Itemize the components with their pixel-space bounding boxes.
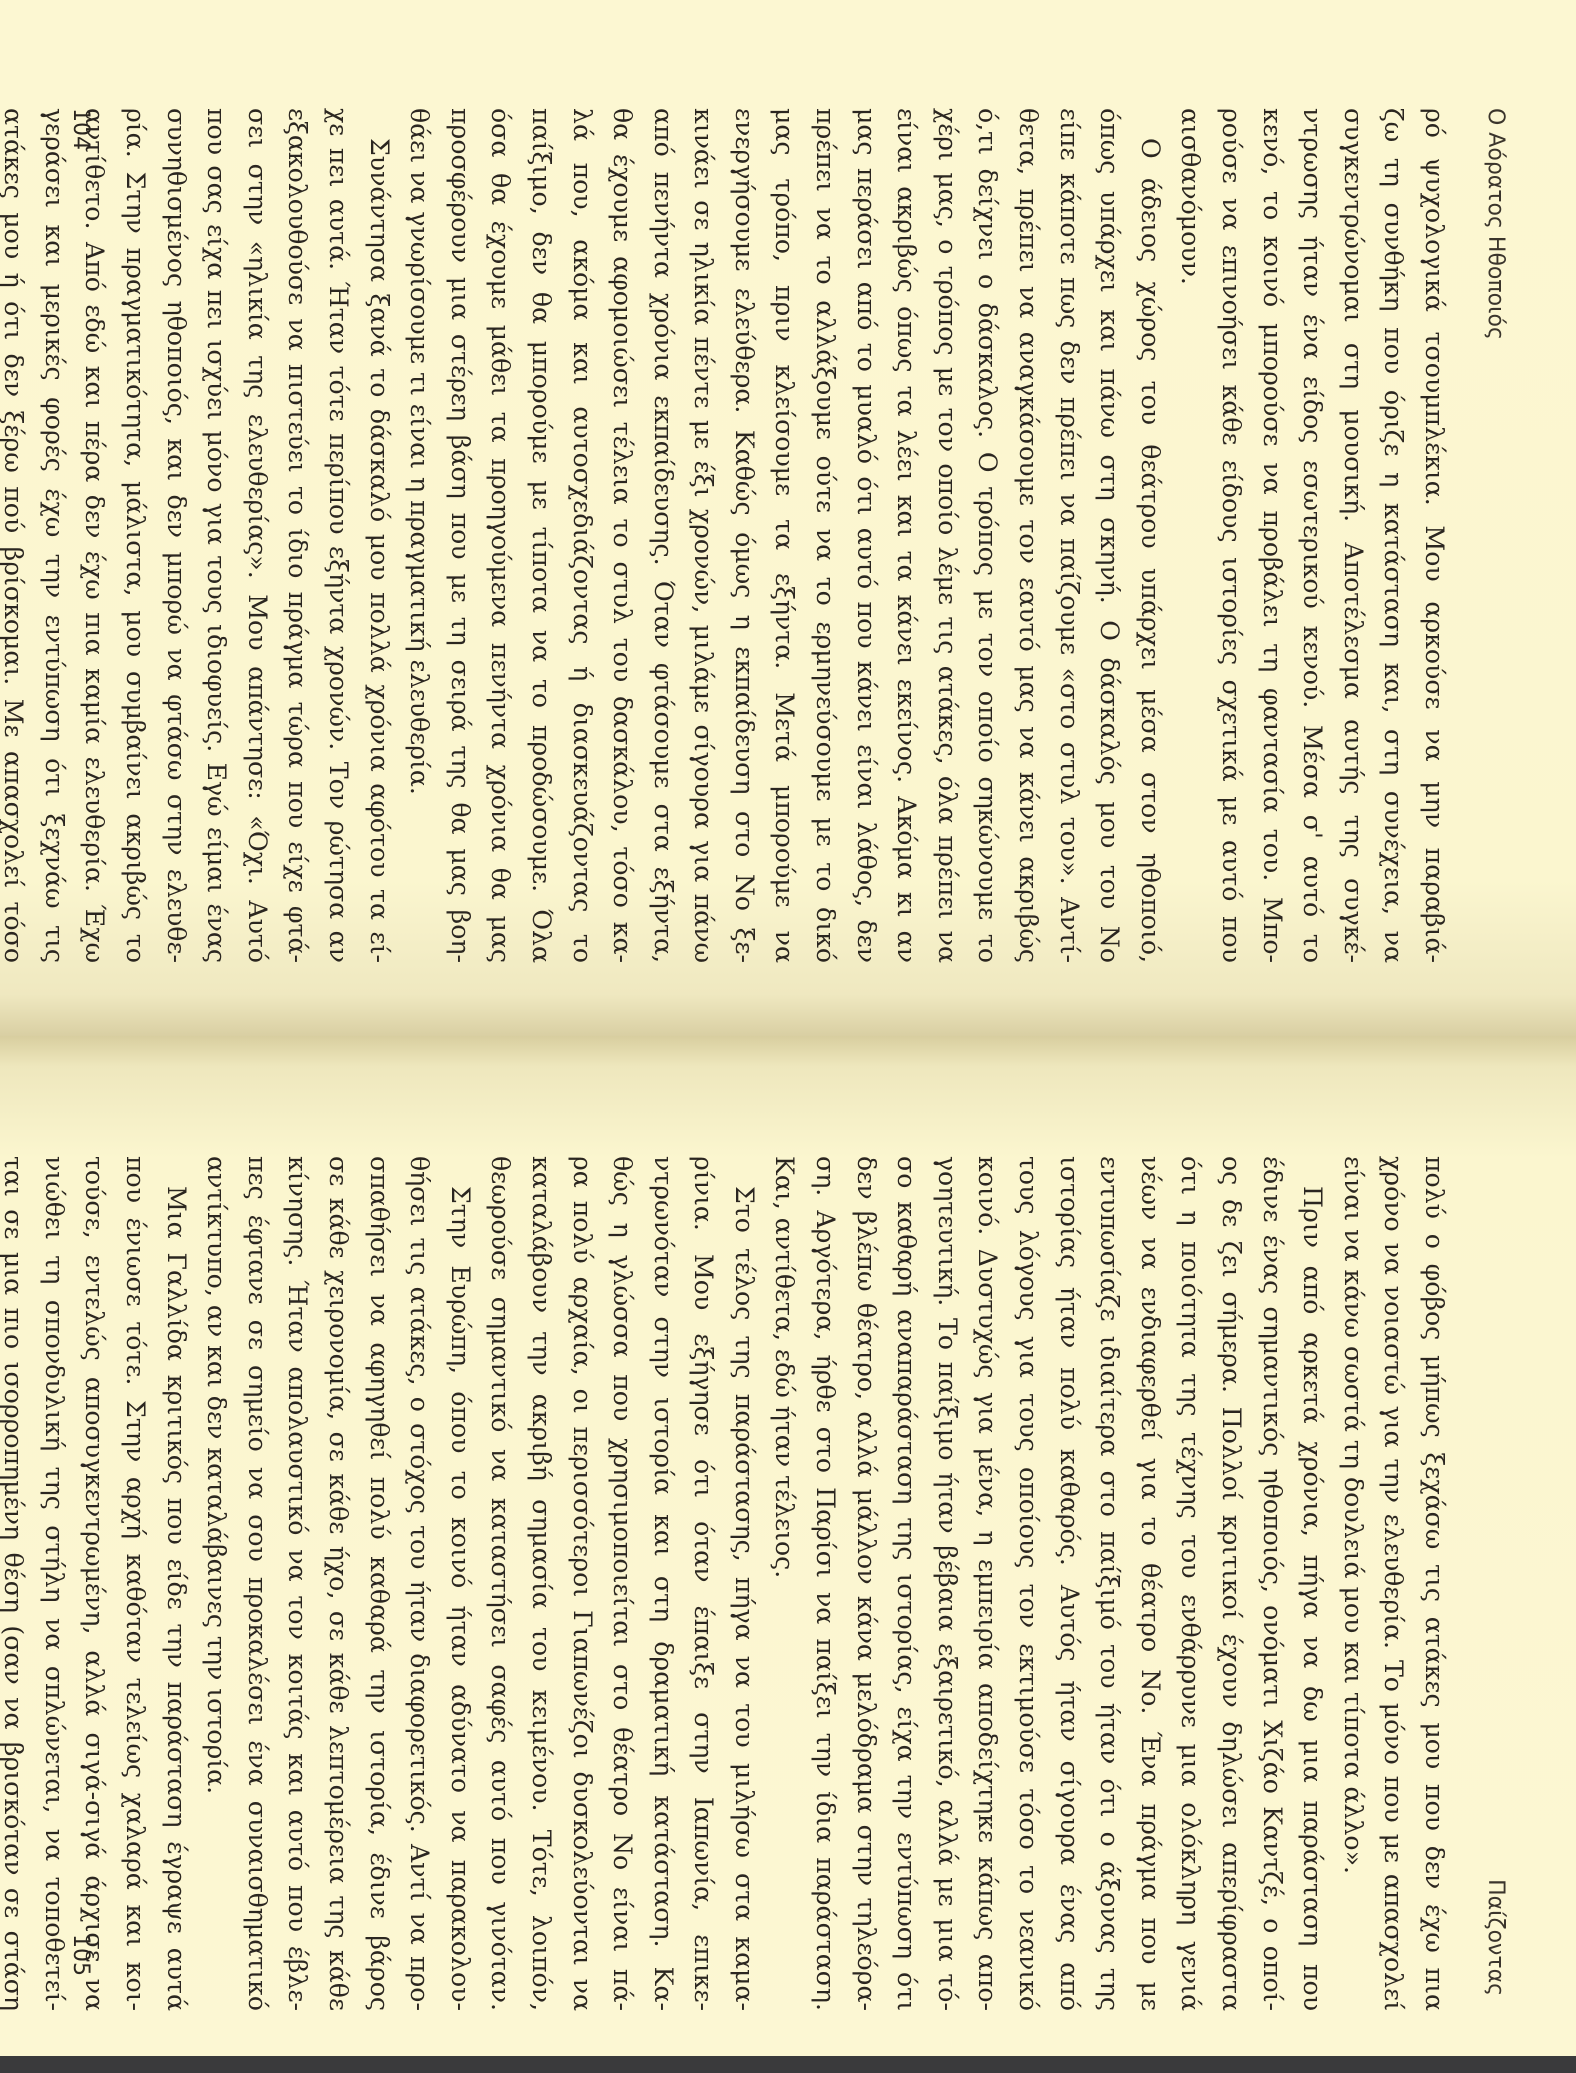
text-line: ρία. Στην πραγματικότητα, μάλιστα, μου σ… [114, 108, 155, 963]
running-head-left: Ο Αόρατος Ηθοποιός [1483, 108, 1508, 340]
text-line: εξακολουθούσε να πιστεύει το ίδιο πράγμα… [277, 108, 318, 963]
text-line: θήσει τις ατάκες, ο στόχος του ήταν διαφ… [399, 1156, 440, 2011]
text-line: Ο άδειος χώρος του θεάτρου υπάρχει μέσα … [1129, 108, 1170, 963]
text-line: αισθανόμουν. [1170, 108, 1211, 963]
text-line: προσφέρουν μια στέρεη βάση που με τη σει… [439, 108, 480, 963]
text-line: γεράσει και μερικές φορές έχω την εντύπω… [33, 108, 74, 963]
text-line: είπε κάποτε πως δεν πρέπει να παίζουμε «… [1048, 108, 1089, 963]
text-line: μας περάσει από το μυαλό ότι αυτό που κά… [845, 108, 886, 963]
text-line: Στο τέλος της παράστασης, πήγα να του μι… [723, 1156, 764, 2011]
text-line: πρέπει να το αλλάξουμε ούτε να το ερμηνε… [805, 108, 846, 963]
text-line: θώς η γλώσσα που χρησιμοποιείται στο θέα… [602, 1156, 643, 2011]
text-line: ση. Αργότερα, ήρθε στο Παρίσι να παίξει … [805, 1156, 846, 2011]
text-line: ντρωνόταν στην ιστορία και στη δραματική… [642, 1156, 683, 2011]
text-line: έδινε ένας σημαντικός ηθοποιός, ονόματι … [1251, 1156, 1292, 2011]
text-line: από πενήντα χρόνια εκπαίδευσης. Όταν φτά… [642, 108, 683, 963]
text-line: θα έχουμε αφομοιώσει τέλεια το στυλ του … [602, 108, 643, 963]
page-number-right: 105 [68, 1934, 93, 1976]
text-line: νέων να ενδιαφερθεί για το θέατρο Νο. Έν… [1129, 1156, 1170, 2011]
text-line: είναι να κάνω σωστά τη δουλειά μου και τ… [1332, 1156, 1373, 2011]
text-line: συγκεντρώνομαι στη μουσική. Αποτέλεσμα α… [1332, 108, 1373, 963]
left-page-body: ρό ψυχολογικά τσουμπλέκια. Μου αρκούσε ν… [0, 108, 1454, 963]
left-page: Ο Αόρατος Ηθοποιός ρό ψυχολογικά τσουμπλ… [0, 0, 1576, 1036]
text-line: ος δε ζει σήμερα. Πολλοί κριτικοί έχουν … [1210, 1156, 1251, 2011]
text-line: που σας είχα πει ισχύει μόνο για τους ιδ… [196, 108, 237, 963]
text-line: σει στην «ηλικία της ελευθερίας». Μου απ… [236, 108, 277, 963]
text-line: κινάει σε ηλικία πέντε με έξι χρονών, μι… [683, 108, 724, 963]
text-line: όσα θα έχουμε μάθει τα προηγούμενα πενήν… [480, 108, 521, 963]
text-line: θεωρούσε σημαντικό να καταστήσει σαφές α… [480, 1156, 521, 2011]
text-line: θάει να γνωρίσουμε τι είναι η πραγματική… [399, 108, 440, 963]
text-line: ρούσε να επινοήσει κάθε είδους ιστορίες … [1210, 108, 1251, 963]
text-line: ται σε μια πιο ισορροπημένη θέση (σαν να… [0, 1156, 33, 2011]
text-line: εντυπωσίαζε ιδιαίτερα στο παίξιμό του ήτ… [1089, 1156, 1130, 2011]
text-line: συνηθισμένος ηθοποιός, και δεν μπορώ να … [155, 108, 196, 963]
text-line: ό,τι δείχνει ο δάσκαλος. Ο τρόπος με τον… [967, 108, 1008, 963]
text-line: που ένιωσε τότε. Στην αρχή καθόταν τελεί… [114, 1156, 155, 2011]
text-line: ζω τη συνθήκη που όριζε η κατάσταση και,… [1373, 108, 1414, 963]
text-line: χε πει αυτά. Ήταν τότε περίπου εξήντα χρ… [317, 108, 358, 963]
scan-background-edge [0, 2056, 1576, 2073]
text-line: κενό, το κοινό μπορούσε να προβάλει τη φ… [1251, 108, 1292, 963]
text-line: καταλάβουν την ακριβή σημασία του κειμέν… [520, 1156, 561, 2011]
text-line: χρόνο να νοιαστώ για την ελευθερία. Το μ… [1373, 1156, 1414, 2011]
book-spread: Ο Αόρατος Ηθοποιός ρό ψυχολογικά τσουμπλ… [0, 0, 1576, 2073]
text-line: Στην Ευρώπη, όπου το κοινό ήταν αδύνατο … [439, 1156, 480, 2011]
text-line: τούσε, εντελώς αποσυγκεντρωμένη, αλλά σι… [74, 1156, 115, 2011]
text-line: Συνάντησα ξανά το δάσκαλό μου πολλά χρόν… [358, 108, 399, 963]
text-line: είναι ακριβώς όπως τα λέει και τα κάνει … [886, 108, 927, 963]
text-line: ότι η ποιότητα της τέχνης του ενθάρρυνε … [1170, 1156, 1211, 2011]
text-line: σε κάθε χειρονομία, σε κάθε ήχο, σε κάθε… [317, 1156, 358, 2011]
right-page: Παίζοντας πολύ ο φόβος μήπως ξεχάσω τις … [0, 1036, 1576, 2056]
text-line: κίνησης. Ήταν απολαυστικό να τον κοιτάς … [277, 1156, 318, 2011]
text-line: σπαθήσει να αφηγηθεί πολύ καθαρά την ιστ… [358, 1156, 399, 2011]
text-line: λά που, ακόμα και αυτοσχεδιάζοντας ή δια… [561, 108, 602, 963]
text-line: παίξιμο, δεν θα μπορούμε με τίποτα να το… [520, 108, 561, 963]
text-line: Και, αντίθετα, εδώ ήταν τέλειος. [764, 1156, 805, 2011]
text-line: ρίνια. Μου εξήγησε ότι όταν έπαιξε στην … [683, 1156, 724, 2011]
text-line: κοινό. Δυστυχώς για μένα, η εμπειρία απο… [967, 1156, 1008, 2011]
running-head-right: Παίζοντας [1483, 1879, 1508, 1996]
text-line: πες έφτανε σε σημείο να σου προκαλέσει έ… [236, 1156, 277, 2011]
text-line: ντρωσης ήταν ένα είδος εσωτερικού κενού.… [1292, 108, 1333, 963]
text-line: μας τρόπο, πριν κλείσουμε τα εξήντα. Μετ… [764, 108, 805, 963]
text-line: ενεργήσουμε ελεύθερα. Καθώς όμως η εκπαί… [723, 108, 764, 963]
text-line: γοητευτική. Το παίξιμο ήταν βέβαια εξαιρ… [926, 1156, 967, 2011]
page-number-left: 104 [68, 108, 93, 150]
text-line: Πριν από αρκετά χρόνια, πήγα να δω μια π… [1292, 1156, 1333, 2011]
text-line: χέρι μας, ο τρόπος με τον οποίο λέμε τις… [926, 108, 967, 963]
text-line: δεν βλέπω θέατρο, αλλά μάλλον κάνα μελόδ… [845, 1156, 886, 2011]
text-line: θετα, πρέπει να αναγκάσουμε τον εαυτό μα… [1007, 108, 1048, 963]
text-line: όπως υπάρχει και πάνω στη σκηνή. Ο δάσκα… [1089, 108, 1130, 963]
text-line: πολύ ο φόβος μήπως ξεχάσω τις ατάκες μου… [1413, 1156, 1454, 2011]
right-page-body: πολύ ο φόβος μήπως ξεχάσω τις ατάκες μου… [0, 1156, 1454, 2011]
text-line: ρό ψυχολογικά τσουμπλέκια. Μου αρκούσε ν… [1413, 108, 1454, 963]
text-line: αντίκτυπο, αν και δεν καταλάβαινες την ι… [196, 1156, 237, 2011]
text-line: σο καθαρή αναπαράσταση της ιστορίας, είχ… [886, 1156, 927, 2011]
text-line: ρα πολύ αρχαία, οι περισσότεροι Γιαπωνέζ… [561, 1156, 602, 2011]
text-line: τους λόγους για τους οποίους τον εκτιμού… [1007, 1156, 1048, 2011]
text-line: ιστορίας ήταν πολύ καθαρός. Αυτός ήταν σ… [1048, 1156, 1089, 2011]
text-line: Μια Γαλλίδα κριτικός που είδε την παράστ… [155, 1156, 196, 2011]
text-line: αντίθετο. Από εδώ και πέρα δεν έχω πια κ… [74, 108, 115, 963]
text-line: ατάκες μου ή ότι δεν ξέρω πού βρίσκομαι.… [0, 108, 33, 963]
text-line: νιώθει τη σπονδυλική της στήλη να σπλώνε… [33, 1156, 74, 2011]
